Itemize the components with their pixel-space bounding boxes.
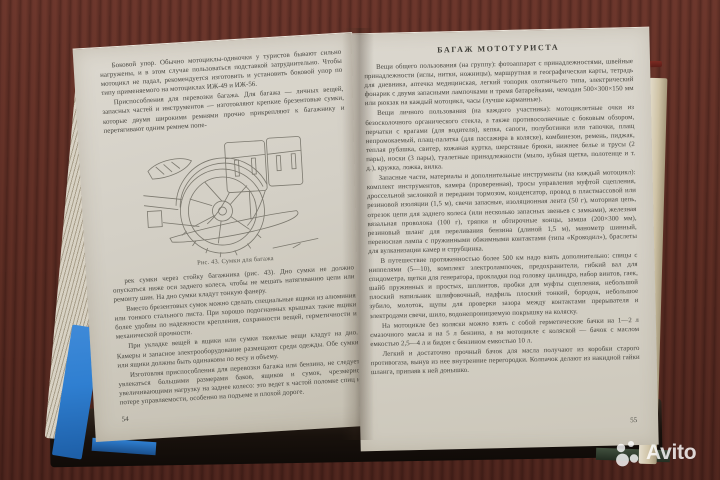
- book-gutter-shadow: [342, 28, 374, 440]
- figure-43-illustration: [138, 123, 353, 261]
- avito-watermark-text: Avito: [646, 434, 696, 472]
- book-paragraph: Легкий и достаточно прочный бачок для ма…: [370, 344, 640, 377]
- book-paragraph: В путешествие протяженностью более 500 к…: [368, 251, 638, 321]
- chapter-heading: БАГАЖ МОТОТУРИСТА: [364, 41, 633, 56]
- book-paragraph: Вещи личного пользования (на каждого уча…: [365, 104, 635, 174]
- avito-logo-icon: [610, 434, 644, 472]
- page-number-left: 54: [121, 415, 128, 423]
- photo-open-book: Боковой упор. Обычно мотоциклы-одиночки …: [0, 0, 720, 480]
- right-page: БАГАЖ МОТОТУРИСТА Вещи общего пользовани…: [351, 27, 658, 452]
- book-paragraph: Вещи общего пользования (на группу): фот…: [364, 57, 634, 109]
- avito-watermark: Avito: [610, 434, 696, 472]
- left-page: Боковой упор. Обычно мотоциклы-одиночки …: [73, 32, 376, 442]
- book-paragraph: Запасные части, материалы и дополнительн…: [366, 168, 637, 256]
- page-number-right: 55: [630, 416, 637, 424]
